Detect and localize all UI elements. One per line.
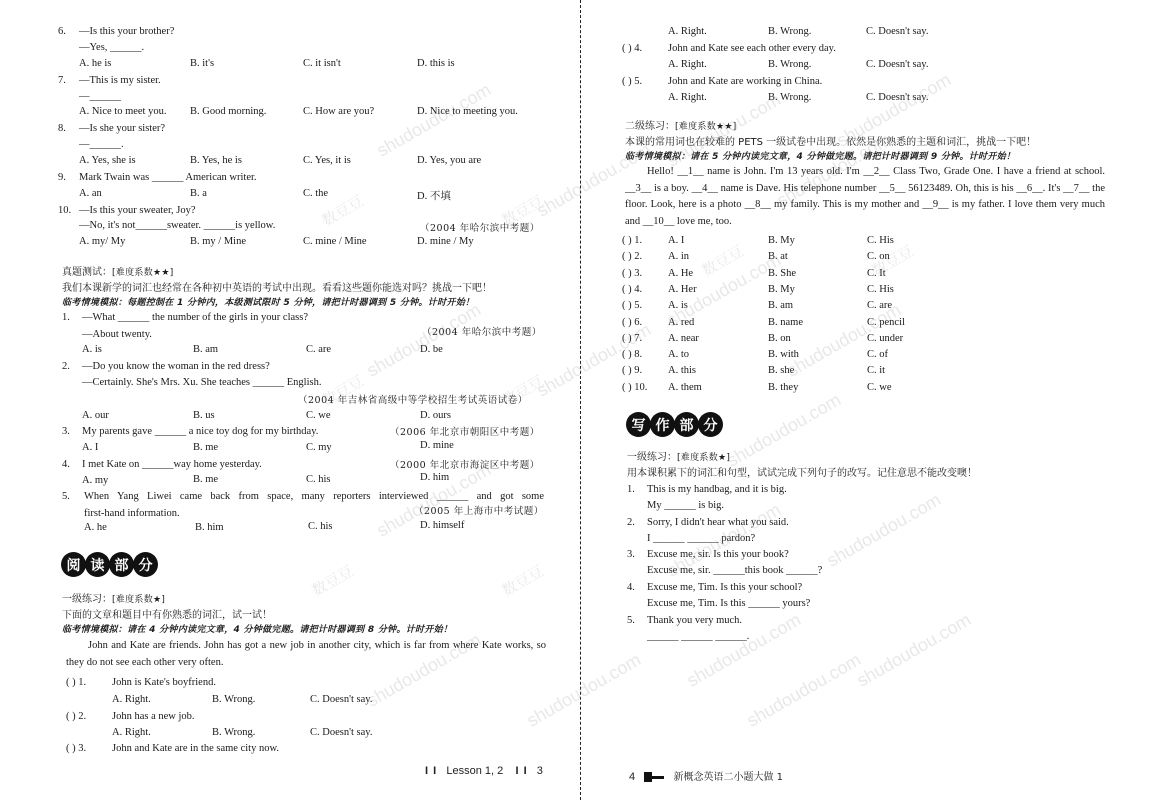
option: B. it's: [190, 58, 214, 69]
cloze-option: C. His: [867, 235, 894, 246]
option: C. mine / Mine: [303, 236, 367, 247]
option: B. me: [193, 474, 218, 485]
cloze-option: A. is: [668, 300, 688, 311]
question-prefix: ( ) 4.: [622, 43, 642, 54]
option: A. Right.: [668, 59, 707, 70]
option: D. be: [420, 344, 443, 355]
reading-passage: John and Kate are friends. John has got …: [66, 638, 546, 671]
item-number: 4.: [627, 582, 635, 593]
cloze-option: ( ) 6.: [622, 317, 642, 328]
option: C. the: [303, 188, 328, 199]
cloze-option: A. this: [668, 365, 696, 376]
item-number: 3.: [627, 549, 635, 560]
cloze-option: C. pencil: [867, 317, 905, 328]
cloze-option: ( ) 9.: [622, 365, 642, 376]
question-text: —Yes, ______.: [79, 42, 144, 53]
option: D. him: [420, 472, 449, 483]
cloze-option: A. Her: [668, 284, 697, 295]
heading-char: 阅: [62, 553, 85, 576]
item-number: 1.: [627, 484, 635, 495]
option: C. my: [306, 442, 332, 453]
option: A. I: [82, 442, 98, 453]
option: C. How are you?: [303, 106, 374, 117]
left-page: 6. —Is this your brother? —Yes, ______. …: [0, 0, 580, 800]
option: C. are: [306, 344, 331, 355]
option: A. Right.: [112, 727, 151, 738]
option: B. Good morning.: [190, 106, 266, 117]
option: B. Wrong.: [212, 727, 255, 738]
question-prefix: ( ) 3.: [66, 743, 86, 754]
page-number: 4: [629, 771, 635, 783]
rewrite-blank: Excuse me, Tim. Is this ______ yours?: [647, 598, 810, 609]
option: B. him: [195, 522, 224, 533]
heading-char: 读: [86, 553, 109, 576]
option: B. Wrong.: [212, 694, 255, 705]
heading-char: 部: [675, 413, 698, 436]
cloze-option: A. them: [668, 382, 702, 393]
question-text: —Is this your sweater, Joy?: [79, 205, 196, 216]
question-text: John and Kate are in the same city now.: [112, 743, 279, 754]
section-intro: 下面的文章和题目中有你熟悉的词汇，试一试！: [62, 606, 272, 621]
question-number: 4.: [62, 459, 70, 470]
cloze-option: C. of: [867, 349, 888, 360]
page-number: 3: [537, 765, 543, 777]
option: B. Wrong.: [768, 92, 811, 103]
exam-source: （2004 年哈尔滨中考题）: [422, 324, 542, 338]
cloze-option: ( ) 3.: [622, 268, 642, 279]
option: D. mine: [420, 440, 454, 451]
cloze-option: A. I: [668, 235, 684, 246]
question-text: —About twenty.: [82, 329, 152, 340]
option: A. he is: [79, 58, 111, 69]
option: D. 不填: [417, 188, 451, 203]
question-number: 6.: [58, 26, 66, 37]
option: A. my: [82, 475, 108, 486]
question-text: —Is she your sister?: [79, 123, 165, 134]
cloze-option: C. we: [867, 382, 892, 393]
cloze-option: ( ) 2.: [622, 251, 642, 262]
cloze-option: B. they: [768, 382, 798, 393]
heading-char: 分: [134, 553, 157, 576]
footer-marks: I I: [425, 765, 437, 777]
footer-marks: I I: [515, 765, 527, 777]
option: A. an: [79, 188, 102, 199]
heading-char: 分: [699, 413, 722, 436]
cloze-option: ( ) 8.: [622, 349, 642, 360]
cloze-option: C. it: [867, 365, 885, 376]
heading-char: 作: [651, 413, 674, 436]
option: C. we: [306, 410, 331, 421]
heading-char: 部: [110, 553, 133, 576]
question-text: —Do you know the woman in the red dress?: [82, 361, 270, 372]
cloze-option: B. at: [768, 251, 788, 262]
rewrite-blank: Excuse me, sir. ______this book ______?: [647, 565, 822, 576]
page-footer: I I Lesson 1, 2 I I 3: [425, 765, 543, 777]
cloze-option: B. on: [768, 333, 791, 344]
question-prefix: ( ) 2.: [66, 711, 86, 722]
page-fold-divider: [580, 0, 581, 800]
option: C. his: [308, 521, 333, 532]
question-prefix: ( ) 5.: [622, 76, 642, 87]
option: D. himself: [420, 520, 464, 531]
cloze-option: B. My: [768, 235, 795, 246]
exam-source: （2004 年吉林省高级中等学校招生考试英语试卷）: [298, 392, 528, 406]
cloze-option: A. to: [668, 349, 689, 360]
reading-section-heading: 阅 读 部 分: [62, 553, 157, 576]
cloze-option: B. She: [768, 268, 796, 279]
option: D. ours: [420, 410, 451, 421]
section-title: 真题测试：[难度系数★★]: [62, 263, 174, 278]
cloze-option: A. in: [668, 251, 689, 262]
section-intro: 我们本课新学的词汇也经常在各种初中英语的考试中出现。看看这些题你能选对吗？挑战一…: [62, 279, 492, 294]
question-text: —______.: [79, 139, 124, 150]
cloze-option: B. she: [768, 365, 794, 376]
simulation-instructions: 临考情境模拟：每题控制在 1 分钟内，本级测试限时 5 分钟，请把计时器调到 5…: [62, 295, 474, 308]
option: A. Right.: [668, 92, 707, 103]
item-number: 5.: [627, 615, 635, 626]
section-intro: 本课的常用词也在较难的 PETS 一级试卷中出现。依然是你熟悉的主题和词汇，挑战…: [625, 133, 1036, 148]
question-text: John is Kate's boyfriend.: [112, 677, 216, 688]
option: A. he: [84, 522, 107, 533]
question-number: 9.: [58, 172, 66, 183]
original-sentence: This is my handbag, and it is big.: [647, 484, 787, 495]
simulation-instructions: 临考情境模拟：请在 4 分钟内读完文章，4 分钟做完题。请把计时器调到 8 分钟…: [62, 622, 452, 635]
question-text: first-hand information.: [84, 508, 180, 519]
option: C. it isn't: [303, 58, 341, 69]
original-sentence: Sorry, I didn't hear what you said.: [647, 517, 789, 528]
page-footer: 4 新概念英语二小题大做 1: [629, 768, 783, 783]
question-number: 10.: [58, 205, 71, 216]
exam-source: （2005 年上海市中考试题）: [414, 503, 544, 517]
original-sentence: Thank you very much.: [647, 615, 742, 626]
option: C. Doesn't say.: [866, 92, 928, 103]
option: B. a: [190, 188, 207, 199]
cloze-option: C. His: [867, 284, 894, 295]
cloze-option: A. He: [668, 268, 693, 279]
option: A. Nice to meet you.: [79, 106, 166, 117]
exam-source: （2004 年哈尔滨中考题）: [420, 220, 540, 234]
original-sentence: Excuse me, sir. Is this your book?: [647, 549, 789, 560]
right-page: A. Right. B. Wrong. C. Doesn't say. ( ) …: [585, 0, 1175, 800]
option: C. Doesn't say.: [866, 59, 928, 70]
cloze-option: C. are: [867, 300, 892, 311]
question-number: 3.: [62, 426, 70, 437]
option: A. Right.: [112, 694, 151, 705]
heading-char: 写: [627, 413, 650, 436]
question-text: —What ______ the number of the girls in …: [82, 312, 308, 323]
cloze-option: ( ) 10.: [622, 382, 647, 393]
option: A. our: [82, 410, 109, 421]
section-intro: 用本课积累下的词汇和句型，试试完成下列句子的改写。记住意思不能改变噢！: [627, 464, 977, 479]
question-text: —No, it's not______sweater. ______is yel…: [79, 220, 275, 231]
option: A. Right.: [668, 26, 707, 37]
cloze-passage: Hello! __1__ name is John. I'm 13 years …: [625, 164, 1105, 230]
question-text: John and Kate are working in China.: [668, 76, 822, 87]
option: B. Wrong.: [768, 59, 811, 70]
option: A. Yes, she is: [79, 155, 136, 166]
exam-source: （2000 年北京市海淀区中考题）: [390, 457, 540, 471]
cloze-option: ( ) 4.: [622, 284, 642, 295]
simulation-instructions: 临考情境模拟：请在 5 分钟内读完文章，4 分钟做完题。请把计时器调到 9 分钟…: [625, 149, 1015, 162]
rewrite-blank: ______ ______ ______.: [647, 631, 749, 642]
section-title: 二级练习：[难度系数★★]: [625, 117, 737, 132]
option: B. Wrong.: [768, 26, 811, 37]
option: D. this is: [417, 58, 455, 69]
cloze-option: ( ) 7.: [622, 333, 642, 344]
option: C. Doesn't say.: [310, 727, 372, 738]
option: C. Doesn't say.: [866, 26, 928, 37]
rewrite-blank: My ______ is big.: [647, 500, 724, 511]
question-text: John and Kate see each other every day.: [668, 43, 836, 54]
cloze-option: C. It: [867, 268, 886, 279]
question-number: 1.: [62, 312, 70, 323]
cloze-option: B. with: [768, 349, 799, 360]
option: B. Yes, he is: [190, 155, 242, 166]
question-number: 8.: [58, 123, 66, 134]
question-text: Mark Twain was ______ American writer.: [79, 172, 257, 183]
option: C. Doesn't say.: [310, 694, 372, 705]
option: B. my / Mine: [190, 236, 246, 247]
cloze-option: ( ) 1.: [622, 235, 642, 246]
section-title: 一级练习：[难度系数★]: [627, 448, 730, 463]
option: B. am: [193, 344, 218, 355]
option: B. us: [193, 410, 215, 421]
cloze-option: A. near: [668, 333, 699, 344]
option: C. Yes, it is: [303, 155, 351, 166]
cloze-option: C. on: [867, 251, 890, 262]
item-number: 2.: [627, 517, 635, 528]
cloze-option: C. under: [867, 333, 903, 344]
original-sentence: Excuse me, Tim. Is this your school?: [647, 582, 802, 593]
section-title: 一级练习：[难度系数★]: [62, 590, 165, 605]
option: D. Yes, you are: [417, 155, 481, 166]
exam-source: （2006 年北京市朝阳区中考题）: [390, 424, 540, 438]
option: C. his: [306, 474, 331, 485]
question-text: When Yang Liwei came back from space, ma…: [84, 491, 544, 502]
question-text: My parents gave ______ a nice toy dog fo…: [82, 426, 318, 437]
option: D. mine / My: [417, 236, 474, 247]
question-number: 7.: [58, 75, 66, 86]
question-number: 2.: [62, 361, 70, 372]
lesson-label: Lesson 1, 2: [446, 765, 503, 777]
rewrite-blank: I ______ ______ pardon?: [647, 533, 755, 544]
question-text: John has a new job.: [112, 711, 195, 722]
option: A. is: [82, 344, 102, 355]
cloze-option: A. red: [668, 317, 694, 328]
question-text: —Is this your brother?: [79, 26, 174, 37]
question-text: —______: [79, 91, 121, 102]
cloze-option: B. My: [768, 284, 795, 295]
footer-bar-icon: [644, 772, 652, 782]
question-text: I met Kate on ______way home yesterday.: [82, 459, 262, 470]
cloze-option: ( ) 5.: [622, 300, 642, 311]
question-text: —This is my sister.: [79, 75, 161, 86]
writing-section-heading: 写 作 部 分: [627, 413, 722, 436]
cloze-option: B. am: [768, 300, 793, 311]
option: A. my/ My: [79, 236, 125, 247]
cloze-option: B. name: [768, 317, 803, 328]
question-number: 5.: [62, 491, 70, 502]
book-title: 新概念英语二小题大做 1: [673, 772, 783, 783]
footer-bar-icon: [652, 776, 664, 779]
option: D. Nice to meeting you.: [417, 106, 518, 117]
question-text: —Certainly. She's Mrs. Xu. She teaches _…: [82, 377, 321, 388]
question-prefix: ( ) 1.: [66, 677, 86, 688]
option: B. me: [193, 442, 218, 453]
